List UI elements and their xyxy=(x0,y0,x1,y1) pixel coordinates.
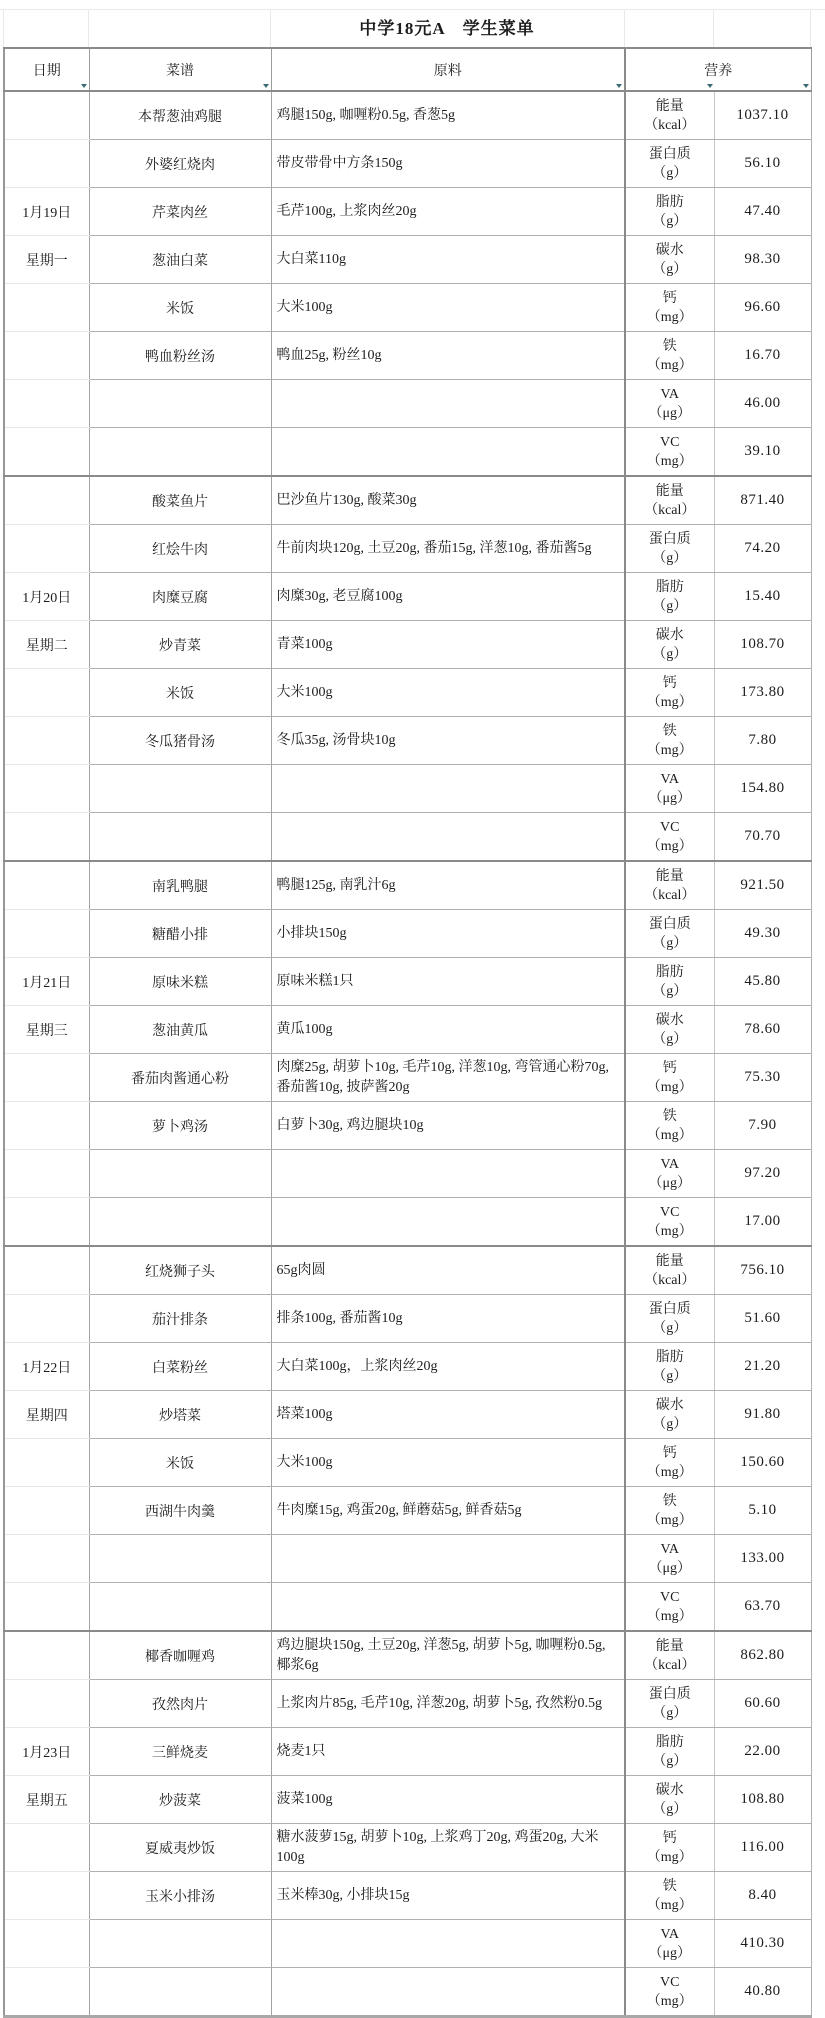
dish-name-cell[interactable]: 葱油黄瓜 xyxy=(89,1006,271,1054)
nutrient-label-cell[interactable]: 铁（mg） xyxy=(625,1102,714,1150)
table-row: 星期五炒菠菜菠菜100g碳水（g）108.80 xyxy=(4,1776,811,1824)
date-cell[interactable]: 1月20日 xyxy=(4,573,89,621)
table-row: 西湖牛肉羹牛肉糜15g, 鸡蛋20g, 鲜蘑菇5g, 鲜香菇5g铁（mg）5.1… xyxy=(4,1487,811,1535)
nutrient-label-cell[interactable]: VC（mg） xyxy=(625,1198,714,1247)
dish-name-cell[interactable]: 炒菠菜 xyxy=(89,1776,271,1824)
date-cell[interactable]: 1月19日 xyxy=(4,188,89,236)
date-cell[interactable]: 1月21日 xyxy=(4,958,89,1006)
nutrient-label-cell[interactable]: 脂肪（g） xyxy=(625,573,714,621)
nutrient-unit: （g） xyxy=(626,1415,714,1434)
nutrient-name: VC xyxy=(626,1203,714,1222)
nutrient-value-cell[interactable]: 15.40 xyxy=(714,573,811,621)
nutrient-value-cell[interactable]: 51.60 xyxy=(714,1295,811,1343)
filter-dropdown-icon[interactable] xyxy=(81,84,87,88)
nutrient-value-cell[interactable]: 96.60 xyxy=(714,284,811,332)
ingredients-cell[interactable] xyxy=(271,1583,625,1632)
nutrient-unit: （μg） xyxy=(626,789,714,808)
ingredients-cell[interactable]: 玉米棒30g, 小排块15g xyxy=(271,1872,625,1920)
table-row: 1月22日白菜粉丝大白菜100g，上浆肉丝20g脂肪（g）21.20 xyxy=(4,1343,811,1391)
nutrient-label-cell[interactable]: 蛋白质（g） xyxy=(625,140,714,188)
nutrient-unit: （μg） xyxy=(626,1944,714,1963)
ingredients-cell[interactable]: 牛前肉块120g, 土豆20g, 番茄15g, 洋葱10g, 番茄酱5g xyxy=(271,525,625,573)
header-date[interactable]: 日期 xyxy=(4,48,89,91)
nutrient-unit: （mg） xyxy=(626,1607,714,1626)
nutrient-name: 碳水 xyxy=(626,241,714,260)
nutrient-unit: （mg） xyxy=(626,1078,714,1097)
ingredients-cell[interactable]: 菠菜100g xyxy=(271,1776,625,1824)
dish-name-cell[interactable]: 孜然肉片 xyxy=(89,1680,271,1728)
table-row: VA（μg）97.20 xyxy=(4,1150,811,1198)
nutrient-value-cell[interactable]: 5.10 xyxy=(714,1487,811,1535)
ingredients-cell[interactable]: 塔菜100g xyxy=(271,1391,625,1439)
date-cell[interactable] xyxy=(4,1680,89,1728)
table-row: VA（μg）46.00 xyxy=(4,380,811,428)
date-cell[interactable]: 1月22日 xyxy=(4,1343,89,1391)
ingredients-cell[interactable]: 冬瓜35g, 汤骨块10g xyxy=(271,717,625,765)
date-cell[interactable] xyxy=(4,140,89,188)
date-cell[interactable] xyxy=(4,861,89,910)
ingredients-cell[interactable]: 鸡边腿块150g, 土豆20g, 洋葱5g, 胡萝卜5g, 咖喱粉0.5g, 椰… xyxy=(271,1631,625,1680)
dish-name-cell[interactable]: 茄汁排条 xyxy=(89,1295,271,1343)
dish-name-cell[interactable] xyxy=(89,1968,271,2017)
nutrient-label-cell[interactable]: 蛋白质（g） xyxy=(625,525,714,573)
dish-name-cell[interactable]: 本帮葱油鸡腿 xyxy=(89,91,271,140)
nutrient-name: 钙 xyxy=(626,1059,714,1078)
nutrient-unit: （mg） xyxy=(626,1848,714,1867)
ingredients-cell[interactable]: 大米100g xyxy=(271,669,625,717)
date-cell[interactable] xyxy=(4,1535,89,1583)
nutrient-name: VA xyxy=(626,1155,714,1174)
nutrient-label-cell[interactable]: 蛋白质（g） xyxy=(625,910,714,958)
date-cell[interactable] xyxy=(4,332,89,380)
nutrient-unit: （mg） xyxy=(626,1511,714,1530)
nutrient-unit: （g） xyxy=(626,1800,714,1819)
title-band: 中学18元A 学生菜单 xyxy=(0,10,825,47)
nutrient-value-cell[interactable]: 108.70 xyxy=(714,621,811,669)
nutrient-name: VA xyxy=(626,1540,714,1559)
nutrient-value-cell[interactable]: 7.80 xyxy=(714,717,811,765)
nutrient-name: VC xyxy=(626,433,714,452)
header-date-label: 日期 xyxy=(33,64,61,79)
date-cell[interactable] xyxy=(4,1824,89,1872)
table-row: 红烧狮子头65g肉圆能量（kcal）756.10 xyxy=(4,1246,811,1295)
nutrient-unit: （mg） xyxy=(626,693,714,712)
nutrient-value-cell[interactable]: 98.30 xyxy=(714,236,811,284)
ingredients-cell[interactable]: 青菜100g xyxy=(271,621,625,669)
ingredients-cell[interactable]: 肉糜30g, 老豆腐100g xyxy=(271,573,625,621)
ingredients-cell[interactable]: 65g肉圆 xyxy=(271,1246,625,1295)
ingredients-cell[interactable]: 小排块150g xyxy=(271,910,625,958)
nutrient-value-cell[interactable]: 116.00 xyxy=(714,1824,811,1872)
dish-name-cell[interactable]: 红烩牛肉 xyxy=(89,525,271,573)
nutrient-value-cell[interactable]: 47.40 xyxy=(714,188,811,236)
nutrient-unit: （mg） xyxy=(626,356,714,375)
nutrient-name: 脂肪 xyxy=(626,1348,714,1367)
nutrient-value-cell[interactable]: 46.00 xyxy=(714,380,811,428)
nutrient-label-cell[interactable]: 蛋白质（g） xyxy=(625,1295,714,1343)
nutrient-value-cell[interactable]: 154.80 xyxy=(714,765,811,813)
nutrient-value-cell[interactable]: 410.30 xyxy=(714,1920,811,1968)
nutrient-label-cell[interactable]: 铁（mg） xyxy=(625,1872,714,1920)
ingredients-cell[interactable]: 黄瓜100g xyxy=(271,1006,625,1054)
dish-name-cell[interactable]: 芹菜肉丝 xyxy=(89,188,271,236)
table-row: 糖醋小排小排块150g蛋白质（g）49.30 xyxy=(4,910,811,958)
date-cell[interactable] xyxy=(4,1968,89,2017)
nutrient-value-cell[interactable]: 173.80 xyxy=(714,669,811,717)
dish-name-cell[interactable] xyxy=(89,380,271,428)
dish-name-cell[interactable]: 三鲜烧麦 xyxy=(89,1728,271,1776)
date-cell[interactable] xyxy=(4,1102,89,1150)
date-cell[interactable]: 星期一 xyxy=(4,236,89,284)
ingredients-cell[interactable] xyxy=(271,1150,625,1198)
date-cell[interactable] xyxy=(4,525,89,573)
nutrient-unit: （g） xyxy=(626,597,714,616)
dish-name-cell[interactable] xyxy=(89,765,271,813)
date-cell[interactable] xyxy=(4,1631,89,1680)
nutrient-label-cell[interactable]: 蛋白质（g） xyxy=(625,1680,714,1728)
date-cell[interactable] xyxy=(4,1198,89,1247)
ingredients-cell[interactable] xyxy=(271,428,625,477)
date-cell[interactable] xyxy=(4,1150,89,1198)
nutrient-label-cell[interactable]: 脂肪（g） xyxy=(625,1343,714,1391)
nutrient-unit: （g） xyxy=(626,1367,714,1386)
nutrient-name: 能量 xyxy=(626,482,714,501)
nutrient-unit: （g） xyxy=(626,212,714,231)
table-row: 番茄肉酱通心粉肉糜25g, 胡萝卜10g, 毛芹10g, 洋葱10g, 弯管通心… xyxy=(4,1054,811,1102)
nutrient-unit: （mg） xyxy=(626,1896,714,1915)
nutrient-label-cell[interactable]: VA（μg） xyxy=(625,765,714,813)
nutrient-label-cell[interactable]: 钙（mg） xyxy=(625,669,714,717)
dish-name-cell[interactable]: 南乳鸭腿 xyxy=(89,861,271,910)
nutrient-value-cell[interactable]: 21.20 xyxy=(714,1343,811,1391)
ingredients-cell[interactable]: 肉糜25g, 胡萝卜10g, 毛芹10g, 洋葱10g, 弯管通心粉70g, 番… xyxy=(271,1054,625,1102)
table-row: 米饭大米100g钙（mg）150.60 xyxy=(4,1439,811,1487)
nutrient-value-cell[interactable]: 56.10 xyxy=(714,140,811,188)
dish-name-cell[interactable]: 糖醋小排 xyxy=(89,910,271,958)
spreadsheet-page: { "title": "中学18元A 学生菜单", "columns": { "… xyxy=(0,0,825,1869)
nutrient-name: 钙 xyxy=(626,289,714,308)
nutrient-unit: （g） xyxy=(626,1704,714,1723)
nutrient-name: 铁 xyxy=(626,1107,714,1126)
date-cell[interactable]: 1月23日 xyxy=(4,1728,89,1776)
dish-name-cell[interactable] xyxy=(89,428,271,477)
nutrient-label-cell[interactable]: VA（μg） xyxy=(625,1535,714,1583)
dish-name-cell[interactable]: 米饭 xyxy=(89,1439,271,1487)
dish-name-cell[interactable]: 炒青菜 xyxy=(89,621,271,669)
dish-name-cell[interactable]: 玉米小排汤 xyxy=(89,1872,271,1920)
nutrient-name: 铁 xyxy=(626,1877,714,1896)
ingredients-cell[interactable]: 鸭腿125g, 南乳汁6g xyxy=(271,861,625,910)
nutrient-unit: （g） xyxy=(626,549,714,568)
sheet-gridline xyxy=(810,10,811,47)
dish-name-cell[interactable]: 番茄肉酱通心粉 xyxy=(89,1054,271,1102)
ingredients-cell[interactable]: 带皮带骨中方条150g xyxy=(271,140,625,188)
nutrient-label-cell[interactable]: 碳水（g） xyxy=(625,1776,714,1824)
date-cell[interactable] xyxy=(4,1872,89,1920)
table-row: VA（μg）410.30 xyxy=(4,1920,811,1968)
nutrient-value-cell[interactable]: 75.30 xyxy=(714,1054,811,1102)
dish-name-cell[interactable]: 鸭血粉丝汤 xyxy=(89,332,271,380)
date-cell[interactable] xyxy=(4,765,89,813)
dish-name-cell[interactable]: 外婆红烧肉 xyxy=(89,140,271,188)
nutrient-label-cell[interactable]: 钙（mg） xyxy=(625,1054,714,1102)
header-ingredients[interactable]: 原料 xyxy=(271,48,625,91)
table-row: VC（mg）17.00 xyxy=(4,1198,811,1247)
sheet-top-gridline xyxy=(0,0,825,10)
menu-table-body: 本帮葱油鸡腿鸡腿150g, 咖喱粉0.5g, 香葱5g能量（kcal）1037.… xyxy=(4,91,811,2017)
nutrient-name: 蛋白质 xyxy=(626,1685,714,1704)
date-cell[interactable] xyxy=(4,1295,89,1343)
nutrient-value-cell[interactable]: 60.60 xyxy=(714,1680,811,1728)
date-cell[interactable] xyxy=(4,428,89,477)
date-cell[interactable] xyxy=(4,1920,89,1968)
nutrient-label-cell[interactable]: VA（μg） xyxy=(625,1150,714,1198)
filter-dropdown-icon[interactable] xyxy=(707,84,713,88)
nutrient-label-cell[interactable]: 钙（mg） xyxy=(625,1439,714,1487)
dish-name-cell[interactable]: 椰香咖喱鸡 xyxy=(89,1631,271,1680)
table-row: 1月23日三鲜烧麦烧麦1只脂肪（g）22.00 xyxy=(4,1728,811,1776)
nutrient-value-cell[interactable]: 1037.10 xyxy=(714,91,811,140)
dish-name-cell[interactable]: 西湖牛肉羹 xyxy=(89,1487,271,1535)
nutrient-label-cell[interactable]: VC（mg） xyxy=(625,813,714,862)
nutrient-value-cell[interactable]: 70.70 xyxy=(714,813,811,862)
nutrient-value-cell[interactable]: 78.60 xyxy=(714,1006,811,1054)
dish-name-cell[interactable] xyxy=(89,813,271,862)
nutrient-value-cell[interactable]: 17.00 xyxy=(714,1198,811,1247)
nutrient-name: VC xyxy=(626,818,714,837)
dish-name-cell[interactable]: 米饭 xyxy=(89,669,271,717)
ingredients-cell[interactable]: 牛肉糜15g, 鸡蛋20g, 鲜蘑菇5g, 鲜香菇5g xyxy=(271,1487,625,1535)
dish-name-cell[interactable] xyxy=(89,1535,271,1583)
table-row: 红烩牛肉牛前肉块120g, 土豆20g, 番茄15g, 洋葱10g, 番茄酱5g… xyxy=(4,525,811,573)
filter-dropdown-icon[interactable] xyxy=(803,84,809,88)
dish-name-cell[interactable]: 冬瓜猪骨汤 xyxy=(89,717,271,765)
nutrient-name: 能量 xyxy=(626,1252,714,1271)
ingredients-cell[interactable]: 糖水菠萝15g, 胡萝卜10g, 上浆鸡丁20g, 鸡蛋20g, 大米100g xyxy=(271,1824,625,1872)
dish-name-cell[interactable] xyxy=(89,1920,271,1968)
dish-name-cell[interactable]: 肉糜豆腐 xyxy=(89,573,271,621)
nutrient-label-cell[interactable]: 能量（kcal） xyxy=(625,91,714,140)
ingredients-cell[interactable]: 原味米糕1只 xyxy=(271,958,625,1006)
table-row: 南乳鸭腿鸭腿125g, 南乳汁6g能量（kcal）921.50 xyxy=(4,861,811,910)
date-cell[interactable] xyxy=(4,1583,89,1632)
nutrient-unit: （μg） xyxy=(626,404,714,423)
nutrient-unit: （kcal） xyxy=(626,886,714,905)
nutrient-value-cell[interactable]: 150.60 xyxy=(714,1439,811,1487)
nutrient-label-cell[interactable]: 铁（mg） xyxy=(625,717,714,765)
table-row: 夏威夷炒饭糖水菠萝15g, 胡萝卜10g, 上浆鸡丁20g, 鸡蛋20g, 大米… xyxy=(4,1824,811,1872)
nutrient-name: 碳水 xyxy=(626,1011,714,1030)
date-cell[interactable] xyxy=(4,1246,89,1295)
ingredients-cell[interactable]: 排条100g, 番茄酱10g xyxy=(271,1295,625,1343)
ingredients-cell[interactable] xyxy=(271,813,625,862)
nutrient-label-cell[interactable]: 能量（kcal） xyxy=(625,1246,714,1295)
table-row: 本帮葱油鸡腿鸡腿150g, 咖喱粉0.5g, 香葱5g能量（kcal）1037.… xyxy=(4,91,811,140)
nutrient-label-cell[interactable]: 脂肪（g） xyxy=(625,188,714,236)
dish-name-cell[interactable]: 葱油白菜 xyxy=(89,236,271,284)
nutrient-unit: （mg） xyxy=(626,452,714,471)
nutrient-value-cell[interactable]: 91.80 xyxy=(714,1391,811,1439)
nutrient-name: 能量 xyxy=(626,97,714,116)
nutrient-value-cell[interactable]: 63.70 xyxy=(714,1583,811,1632)
nutrient-value-cell[interactable]: 862.80 xyxy=(714,1631,811,1680)
dish-name-cell[interactable]: 夏威夷炒饭 xyxy=(89,1824,271,1872)
ingredients-cell[interactable]: 巴沙鱼片130g, 酸菜30g xyxy=(271,476,625,525)
date-cell[interactable]: 星期二 xyxy=(4,621,89,669)
nutrient-label-cell[interactable]: 能量（kcal） xyxy=(625,861,714,910)
ingredients-cell[interactable] xyxy=(271,1920,625,1968)
table-row: 萝卜鸡汤白萝卜30g, 鸡边腿块10g铁（mg）7.90 xyxy=(4,1102,811,1150)
nutrient-name: 铁 xyxy=(626,337,714,356)
header-nutrition[interactable]: 营养 xyxy=(625,48,811,91)
dish-name-cell[interactable] xyxy=(89,1150,271,1198)
nutrient-label-cell[interactable]: 脂肪（g） xyxy=(625,958,714,1006)
date-cell[interactable]: 星期四 xyxy=(4,1391,89,1439)
nutrient-value-cell[interactable]: 97.20 xyxy=(714,1150,811,1198)
nutrient-unit: （g） xyxy=(626,164,714,183)
table-row: 1月21日原味米糕原味米糕1只脂肪（g）45.80 xyxy=(4,958,811,1006)
nutrient-unit: （g） xyxy=(626,1752,714,1771)
nutrient-unit: （kcal） xyxy=(626,501,714,520)
nutrient-name: 碳水 xyxy=(626,1396,714,1415)
ingredients-cell[interactable]: 大白菜110g xyxy=(271,236,625,284)
nutrient-label-cell[interactable]: 钙（mg） xyxy=(625,284,714,332)
dish-name-cell[interactable]: 炒塔菜 xyxy=(89,1391,271,1439)
ingredients-cell[interactable] xyxy=(271,1198,625,1247)
nutrient-label-cell[interactable]: VC（mg） xyxy=(625,1583,714,1632)
date-cell[interactable]: 星期五 xyxy=(4,1776,89,1824)
ingredients-cell[interactable]: 白萝卜30g, 鸡边腿块10g xyxy=(271,1102,625,1150)
dish-name-cell[interactable]: 原味米糕 xyxy=(89,958,271,1006)
nutrient-unit: （kcal） xyxy=(626,1656,714,1675)
nutrient-label-cell[interactable]: 脂肪（g） xyxy=(625,1728,714,1776)
nutrient-label-cell[interactable]: 碳水（g） xyxy=(625,621,714,669)
ingredients-cell[interactable] xyxy=(271,380,625,428)
nutrient-unit: （kcal） xyxy=(626,116,714,135)
nutrient-name: VA xyxy=(626,1925,714,1944)
nutrient-label-cell[interactable]: VA（μg） xyxy=(625,1920,714,1968)
nutrient-label-cell[interactable]: VC（mg） xyxy=(625,1968,714,2017)
nutrient-unit: （kcal） xyxy=(626,1271,714,1290)
date-cell[interactable] xyxy=(4,284,89,332)
ingredients-cell[interactable]: 毛芹100g, 上浆肉丝20g xyxy=(271,188,625,236)
date-cell[interactable] xyxy=(4,91,89,140)
ingredients-cell[interactable]: 上浆肉片85g, 毛芹10g, 洋葱20g, 胡萝卜5g, 孜然粉0.5g xyxy=(271,1680,625,1728)
nutrient-value-cell[interactable]: 108.80 xyxy=(714,1776,811,1824)
ingredients-cell[interactable]: 烧麦1只 xyxy=(271,1728,625,1776)
date-cell[interactable] xyxy=(4,1054,89,1102)
nutrient-value-cell[interactable]: 756.10 xyxy=(714,1246,811,1295)
nutrient-label-cell[interactable]: 碳水（g） xyxy=(625,236,714,284)
nutrient-unit: （g） xyxy=(626,1319,714,1338)
table-row: 孜然肉片上浆肉片85g, 毛芹10g, 洋葱20g, 胡萝卜5g, 孜然粉0.5… xyxy=(4,1680,811,1728)
dish-name-cell[interactable]: 萝卜鸡汤 xyxy=(89,1102,271,1150)
dish-name-cell[interactable]: 红烧狮子头 xyxy=(89,1246,271,1295)
nutrient-value-cell[interactable]: 871.40 xyxy=(714,476,811,525)
table-row: 椰香咖喱鸡鸡边腿块150g, 土豆20g, 洋葱5g, 胡萝卜5g, 咖喱粉0.… xyxy=(4,1631,811,1680)
ingredients-cell[interactable]: 大米100g xyxy=(271,1439,625,1487)
nutrient-name: VA xyxy=(626,385,714,404)
ingredients-cell[interactable]: 鸭血25g, 粉丝10g xyxy=(271,332,625,380)
nutrient-value-cell[interactable]: 8.40 xyxy=(714,1872,811,1920)
date-cell[interactable] xyxy=(4,1439,89,1487)
nutrient-name: 钙 xyxy=(626,1829,714,1848)
nutrient-name: 蛋白质 xyxy=(626,915,714,934)
dish-name-cell[interactable]: 酸菜鱼片 xyxy=(89,476,271,525)
nutrient-unit: （mg） xyxy=(626,837,714,856)
nutrient-unit: （g） xyxy=(626,982,714,1001)
date-cell[interactable] xyxy=(4,669,89,717)
nutrient-value-cell[interactable]: 921.50 xyxy=(714,861,811,910)
nutrient-unit: （mg） xyxy=(626,1126,714,1145)
nutrient-value-cell[interactable]: 40.80 xyxy=(714,1968,811,2017)
dish-name-cell[interactable] xyxy=(89,1198,271,1247)
nutrient-value-cell[interactable]: 45.80 xyxy=(714,958,811,1006)
nutrient-name: VC xyxy=(626,1588,714,1607)
nutrient-value-cell[interactable]: 133.00 xyxy=(714,1535,811,1583)
nutrient-value-cell[interactable]: 22.00 xyxy=(714,1728,811,1776)
date-cell[interactable] xyxy=(4,380,89,428)
nutrient-label-cell[interactable]: 铁（mg） xyxy=(625,332,714,380)
date-cell[interactable] xyxy=(4,813,89,862)
ingredients-cell[interactable]: 大白菜100g，上浆肉丝20g xyxy=(271,1343,625,1391)
nutrient-label-cell[interactable]: 碳水（g） xyxy=(625,1391,714,1439)
nutrient-name: 钙 xyxy=(626,674,714,693)
date-cell[interactable] xyxy=(4,476,89,525)
nutrient-label-cell[interactable]: VA（μg） xyxy=(625,380,714,428)
ingredients-cell[interactable]: 大米100g xyxy=(271,284,625,332)
nutrient-name: VA xyxy=(626,770,714,789)
nutrient-unit: （mg） xyxy=(626,308,714,327)
nutrient-label-cell[interactable]: VC（mg） xyxy=(625,428,714,477)
nutrient-label-cell[interactable]: 能量（kcal） xyxy=(625,476,714,525)
dish-name-cell[interactable] xyxy=(89,1583,271,1632)
nutrient-value-cell[interactable]: 49.30 xyxy=(714,910,811,958)
ingredients-cell[interactable]: 鸡腿150g, 咖喱粉0.5g, 香葱5g xyxy=(271,91,625,140)
date-cell[interactable] xyxy=(4,910,89,958)
dish-name-cell[interactable]: 米饭 xyxy=(89,284,271,332)
ingredients-cell[interactable] xyxy=(271,1968,625,2017)
header-menu-label: 菜谱 xyxy=(166,64,194,79)
header-row: 日期 菜谱 原料 营养 xyxy=(4,48,811,91)
menu-table: 日期 菜谱 原料 营养 本帮葱油鸡腿鸡腿150g, 咖喱粉0.5g, 香葱5g能… xyxy=(3,47,812,2018)
ingredients-cell[interactable] xyxy=(271,1535,625,1583)
sheet-gridline xyxy=(88,10,89,47)
table-row: VC（mg）70.70 xyxy=(4,813,811,862)
ingredients-cell[interactable] xyxy=(271,765,625,813)
filter-dropdown-icon[interactable] xyxy=(263,84,269,88)
table-row: 星期一葱油白菜大白菜110g碳水（g）98.30 xyxy=(4,236,811,284)
nutrient-value-cell[interactable]: 74.20 xyxy=(714,525,811,573)
nutrient-name: 能量 xyxy=(626,867,714,886)
nutrient-label-cell[interactable]: 能量（kcal） xyxy=(625,1631,714,1680)
dish-name-cell[interactable]: 白菜粉丝 xyxy=(89,1343,271,1391)
filter-dropdown-icon[interactable] xyxy=(616,84,622,88)
date-cell[interactable] xyxy=(4,717,89,765)
nutrient-label-cell[interactable]: 钙（mg） xyxy=(625,1824,714,1872)
nutrient-unit: （μg） xyxy=(626,1559,714,1578)
nutrient-label-cell[interactable]: 铁（mg） xyxy=(625,1487,714,1535)
nutrient-label-cell[interactable]: 碳水（g） xyxy=(625,1006,714,1054)
date-cell[interactable]: 星期三 xyxy=(4,1006,89,1054)
header-menu[interactable]: 菜谱 xyxy=(89,48,271,91)
nutrient-value-cell[interactable]: 39.10 xyxy=(714,428,811,477)
nutrient-name: 蛋白质 xyxy=(626,530,714,549)
date-cell[interactable] xyxy=(4,1487,89,1535)
nutrient-value-cell[interactable]: 7.90 xyxy=(714,1102,811,1150)
table-row: 1月19日芹菜肉丝毛芹100g, 上浆肉丝20g脂肪（g）47.40 xyxy=(4,188,811,236)
nutrient-value-cell[interactable]: 16.70 xyxy=(714,332,811,380)
